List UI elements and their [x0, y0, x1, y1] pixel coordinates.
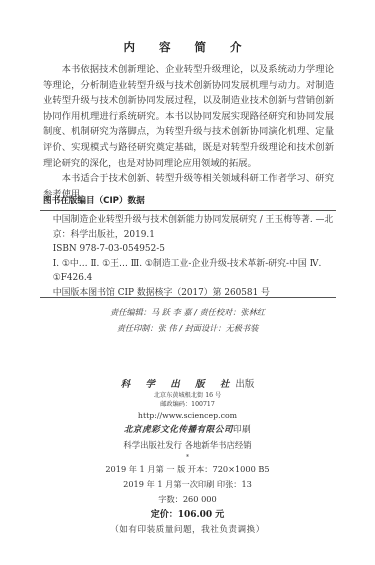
publisher-name-text: 科 学 出 版 社: [121, 379, 236, 390]
quality-notice: （如有印装质量问题，我社负责调换）: [0, 523, 375, 538]
cip-line: Ⅰ. ①中… Ⅱ. ①王… Ⅲ. ①制造工业-企业升级-技术革新-研究-中国 Ⅳ…: [43, 257, 334, 286]
cip-heading: 图书在版编目（CIP）数据: [43, 194, 145, 206]
word-count: 字数：260 000: [0, 492, 375, 507]
content-summary: 本书依据技术创新理论、企业转型升级理论，以及系统动力学理论等理论，分析制造业转型…: [43, 62, 334, 202]
printer-suffix: 印刷: [233, 425, 251, 435]
cip-line: 中国版本图书馆 CIP 数据核字（2017）第 260581 号: [43, 286, 334, 301]
publisher-suffix: 出版: [235, 379, 254, 390]
publisher-postcode: 邮政编码：100717: [0, 401, 375, 410]
credits: 责任编辑：马 跃 李 嘉 / 责任校对：张林红 责任印制：张 伟 / 封面设计：…: [0, 305, 375, 336]
page-title: 内 容 简 介: [0, 39, 375, 55]
printer-name: 北京虎彩文化传播有限公司印刷: [0, 423, 375, 437]
publisher-block: 科 学 出 版 社出版 北京东黄城根北街 16 号 邮政编码：100717 ht…: [0, 378, 375, 463]
copyright-page: 内 容 简 介 本书依据技术创新理论、企业转型升级理论，以及系统动力学理论等理论…: [0, 0, 375, 565]
price: 定价：106.00 元: [0, 508, 375, 523]
edition-info: 2019 年 1 月第 一 版 开本：720×1000 B5: [0, 462, 375, 477]
distribution-info: 科学出版社发行 各地新华书店经销: [0, 437, 375, 453]
printer-name-text: 北京虎彩文化传播有限公司: [124, 425, 233, 435]
separator-star: *: [0, 453, 375, 463]
publisher-name: 科 学 出 版 社出版: [0, 378, 375, 392]
cip-line: ISBN 978-7-03-054952-5: [43, 242, 334, 257]
print-specs: 2019 年 1 月第 一 版 开本：720×1000 B5 2019 年 1 …: [0, 462, 375, 538]
divider: [40, 297, 336, 298]
cip-line: 中国制造企业转型升级与技术创新能力协同发展研究 / 王玉梅等著. —北京：科学出…: [43, 213, 334, 242]
cip-data: 中国制造企业转型升级与技术创新能力协同发展研究 / 王玉梅等著. —北京：科学出…: [43, 213, 334, 301]
printing-info: 2019 年 1 月第一次印刷 印张：13: [0, 477, 375, 492]
credits-line: 责任印制：张 伟 / 封面设计：无极书装: [0, 321, 375, 337]
summary-paragraph: 本书依据技术创新理论、企业转型升级理论，以及系统动力学理论等理论，分析制造业转型…: [43, 62, 334, 171]
publisher-address: 北京东黄城根北街 16 号: [0, 392, 375, 401]
publisher-website: http://www.sciencep.com: [0, 410, 375, 423]
credits-line: 责任编辑：马 跃 李 嘉 / 责任校对：张林红: [0, 305, 375, 321]
divider: [40, 210, 336, 211]
